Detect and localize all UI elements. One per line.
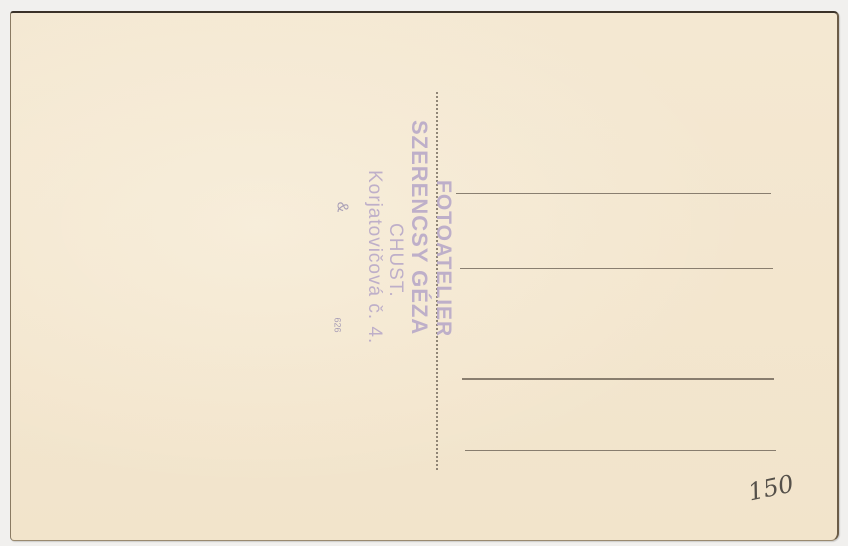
stamp-address: Korjatovičová č. 4. — [363, 170, 385, 344]
address-line-1 — [456, 193, 771, 194]
stamp-city: CHUST. — [384, 223, 406, 298]
address-line-4 — [465, 450, 776, 451]
stamp-studio-name: FOTOATELIER — [431, 180, 455, 337]
address-line-2 — [460, 268, 773, 269]
stamp-ampersand-mark: & — [332, 202, 350, 213]
stamp-photographer-name: SZERENCSY GÉZA — [406, 120, 432, 335]
address-line-3 — [462, 378, 774, 380]
stamp-number: 626 — [333, 317, 343, 332]
